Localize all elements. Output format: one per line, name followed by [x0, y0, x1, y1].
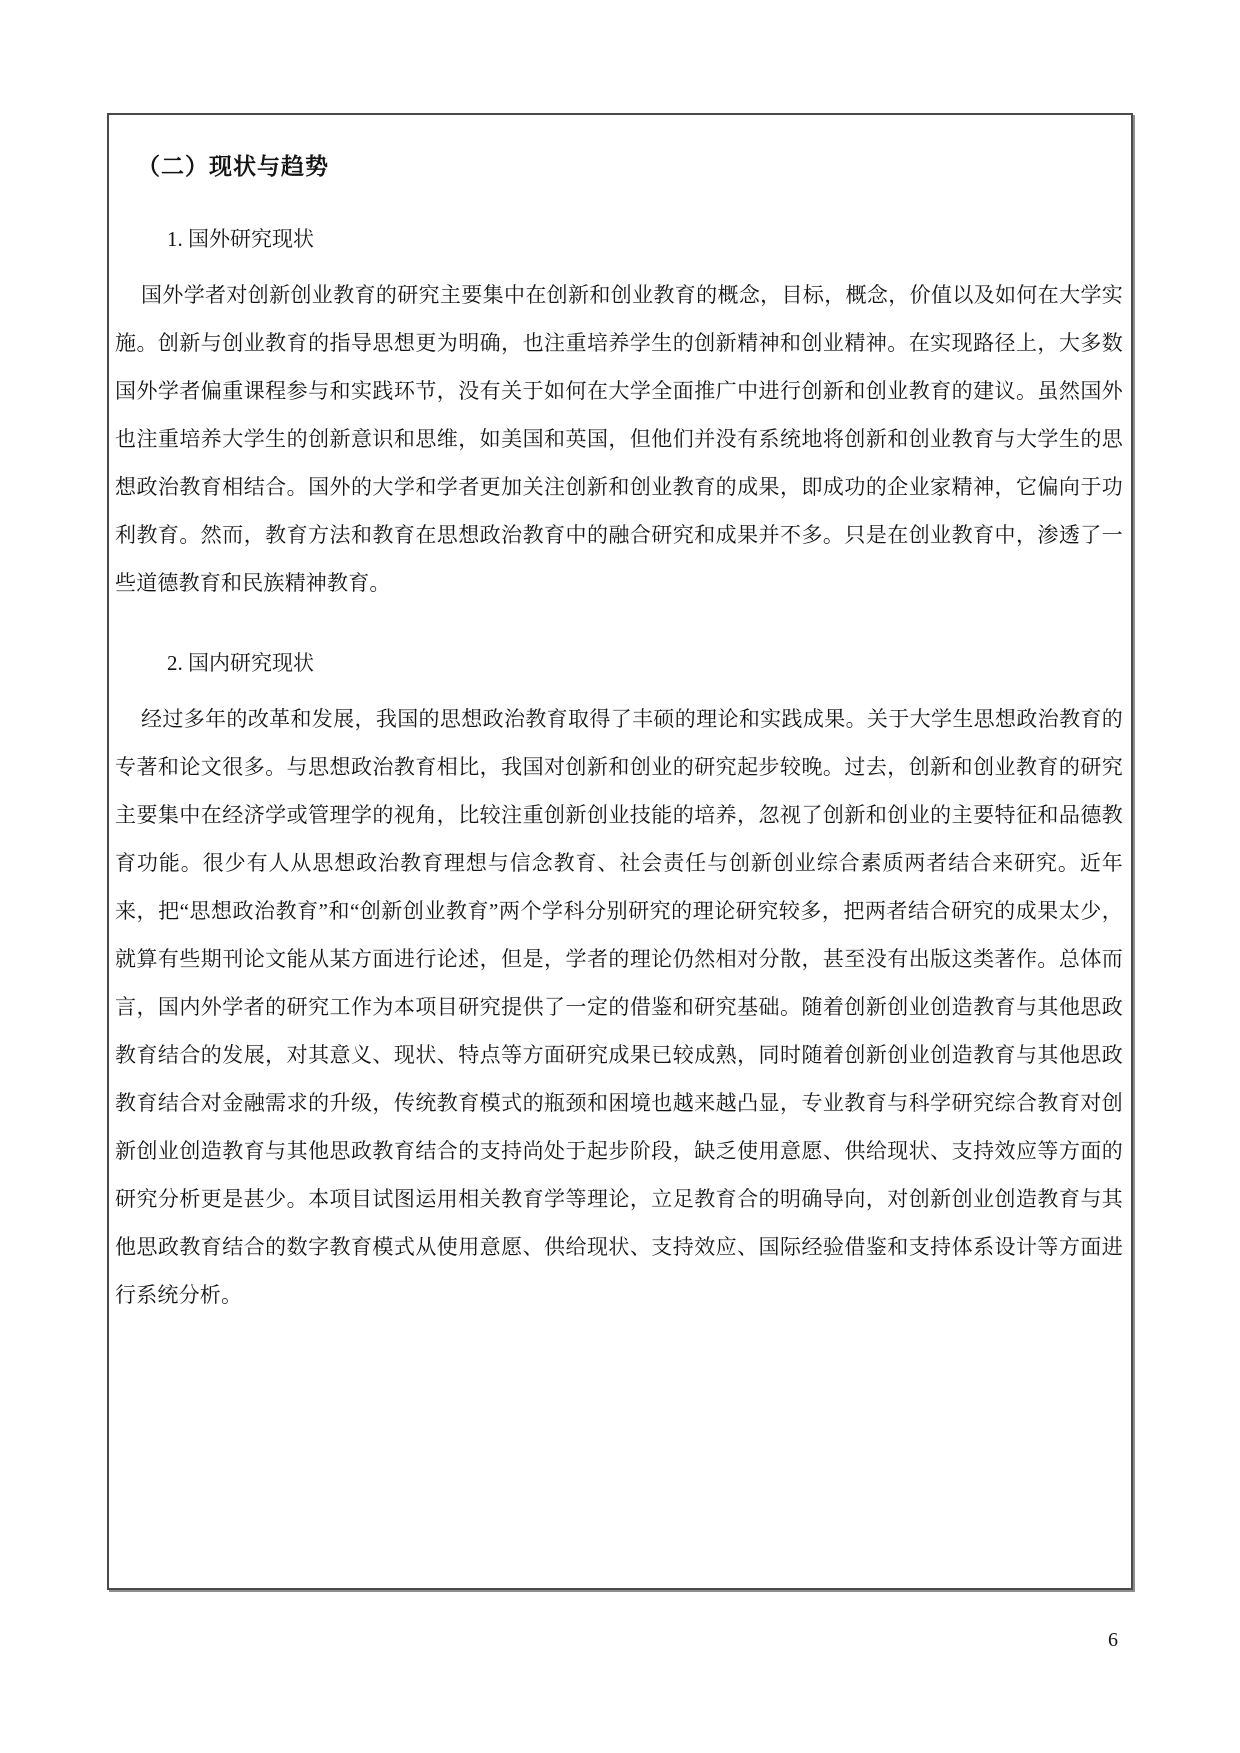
- page-number: 6: [1108, 1628, 1118, 1652]
- bordered-content-panel: （二）现状与趋势 1. 国外研究现状 国外学者对创新创业教育的研究主要集中在创新…: [107, 113, 1133, 1590]
- section-heading: （二）现状与趋势: [137, 151, 1123, 183]
- paragraph-foreign-research: 国外学者对创新创业教育的研究主要集中在创新和创业教育的概念，目标，概念，价值以及…: [115, 271, 1123, 607]
- document-page: { "document": { "section_heading": "（二）现…: [0, 0, 1240, 1753]
- subsection-title-foreign-research: 1. 国外研究现状: [167, 225, 1123, 253]
- paragraph-domestic-research: 经过多年的改革和发展，我国的思想政治教育取得了丰硕的理论和实践成果。关于大学生思…: [115, 695, 1123, 1319]
- subsection-title-domestic-research: 2. 国内研究现状: [167, 649, 1123, 677]
